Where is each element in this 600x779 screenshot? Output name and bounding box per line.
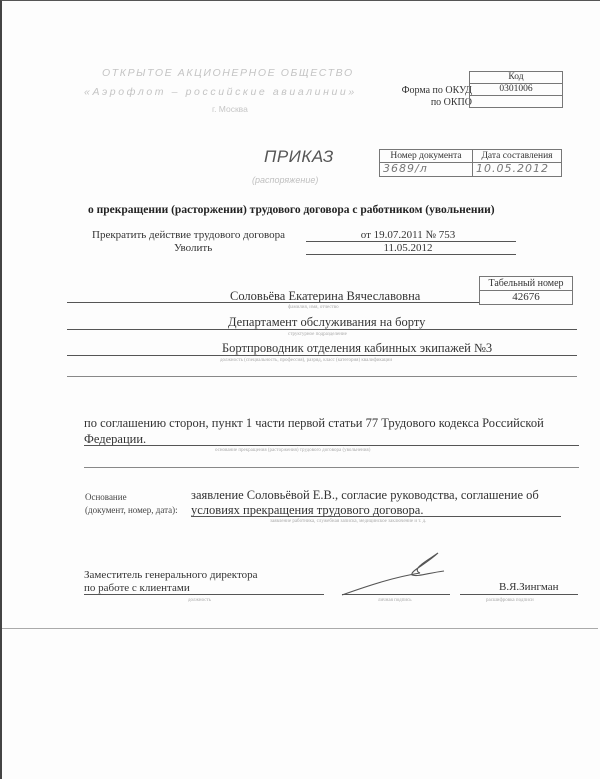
employee-department: Департамент обслуживания на борту (228, 315, 425, 330)
okpo-label: по ОКПО (382, 97, 472, 108)
document-subtitle: (распоряжение) (252, 175, 318, 185)
order-subject: о прекращении (расторжении) трудового до… (88, 204, 495, 216)
signature-caption: личная подпись (378, 598, 412, 603)
tab-number-table: Табельный номер 42676 (479, 276, 573, 305)
basis-label-2: (документ, номер, дата): (85, 505, 178, 515)
employee-name-caption: фамилия, имя, отчество (288, 305, 339, 310)
document-title: ПРИКАЗ (264, 147, 334, 167)
basis-label-1: Основание (85, 492, 127, 502)
tab-number-value: 42676 (480, 291, 573, 305)
organization-name: «Аэрофлот – российские авиалинии» (84, 86, 357, 98)
basis-caption: заявление работника, служебная записка, … (270, 519, 426, 524)
code-header: Код (470, 72, 563, 84)
okpo-value (470, 96, 563, 108)
signatory-position-2: по работе с клиентами (84, 582, 190, 594)
department-caption: структурное подразделение (288, 332, 347, 337)
terminate-value: от 19.07.2011 № 753 (302, 229, 514, 241)
position-caption-sig: должность (188, 598, 211, 603)
signatory-position-1: Заместитель генерального директора (84, 569, 258, 581)
number-header: Номер документа (380, 150, 473, 163)
organization-city: г. Москва (212, 104, 248, 114)
document-page: ОТКРЫТОЕ АКЦИОНЕРНОЕ ОБЩЕСТВО «Аэрофлот … (0, 0, 600, 779)
grounds-line1: по соглашению сторон, пункт 1 части перв… (84, 416, 544, 431)
terminate-label: Прекратить действие трудового договора (92, 229, 285, 241)
organization-type: ОТКРЫТОЕ АКЦИОНЕРНОЕ ОБЩЕСТВО (102, 67, 354, 79)
okud-value: 0301006 (470, 84, 563, 96)
employee-position: Бортпроводник отделения кабинных экипаже… (222, 341, 492, 356)
signatory-name-caption: расшифровка подписи (486, 598, 534, 603)
position-caption: должность (специальность, профессия), ра… (220, 358, 392, 363)
dismiss-value: 11.05.2012 (302, 242, 514, 254)
okud-label: Форма по ОКУД (382, 85, 472, 96)
signatory-name: В.Я.Зингман (499, 581, 558, 593)
dismiss-label: Уволить (174, 242, 212, 254)
date-header: Дата составления (473, 150, 562, 163)
grounds-caption: основание прекращения (расторжения) труд… (215, 448, 370, 453)
document-info-table: Номер документа Дата составления 3689/л … (379, 149, 562, 177)
tab-number-header: Табельный номер (480, 277, 573, 291)
document-number: 3689/л (383, 162, 428, 175)
document-date: 10.05.2012 (476, 162, 549, 175)
codes-table: Код 0301006 (469, 71, 563, 108)
basis-value-line1: заявление Соловьёвой Е.В., согласие руко… (191, 488, 539, 503)
signature-icon (340, 549, 450, 604)
